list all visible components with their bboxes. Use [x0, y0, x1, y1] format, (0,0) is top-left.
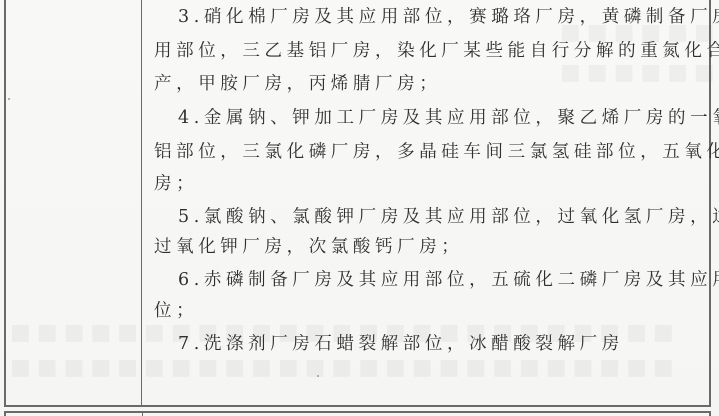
table-cell-right: 3.硝化棉厂房及其应用部位，赛璐珞厂房，黄磷制备厂房及其应 用部位，三乙基铝厂房…	[142, 0, 709, 405]
text-line: 过氧化钾厂房，次氯酸钙厂房；	[154, 237, 463, 257]
scan-speck	[8, 98, 10, 100]
table-row-next	[4, 411, 711, 416]
text-line: 6.赤磷制备厂房及其应用部位，五硫化二磷厂房及其应用部	[178, 270, 719, 290]
table-cell-left	[6, 0, 142, 405]
text-line: 产，甲胺厂房，丙烯腈厂房；	[154, 74, 441, 94]
text-line: 3.硝化棉厂房及其应用部位，赛璐珞厂房，黄磷制备厂房及其应	[178, 7, 719, 27]
text-line: 5.氯酸钠、氯酸钾厂房及其应用部位，过氧化氢厂房，过氧化钠、	[178, 207, 719, 227]
text-line: 7.洗涤剂厂房石蜡裂解部位，冰醋酸裂解厂房	[178, 334, 624, 354]
text-line: 房；	[154, 174, 198, 194]
scanned-page: ■■■■■■ ■■■■■■ ■■■■■■■■■■■■■■■■■■■■■■■■■ …	[0, 0, 719, 416]
text-line: 用部位，三乙基铝厂房，染化厂某些能自行分解的重氮化合物生	[154, 41, 719, 61]
table-row: 3.硝化棉厂房及其应用部位，赛璐珞厂房，黄磷制备厂房及其应 用部位，三乙基铝厂房…	[4, 0, 711, 407]
text-line: 4.金属钠、钾加工厂房及其应用部位，聚乙烯厂房的一氧二乙基	[178, 108, 719, 128]
text-line: 铝部位，三氯化磷厂房，多晶硅车间三氯氢硅部位，五氧化二磷厂	[154, 142, 719, 162]
scan-speck	[317, 375, 319, 377]
text-line: 位；	[154, 301, 198, 321]
